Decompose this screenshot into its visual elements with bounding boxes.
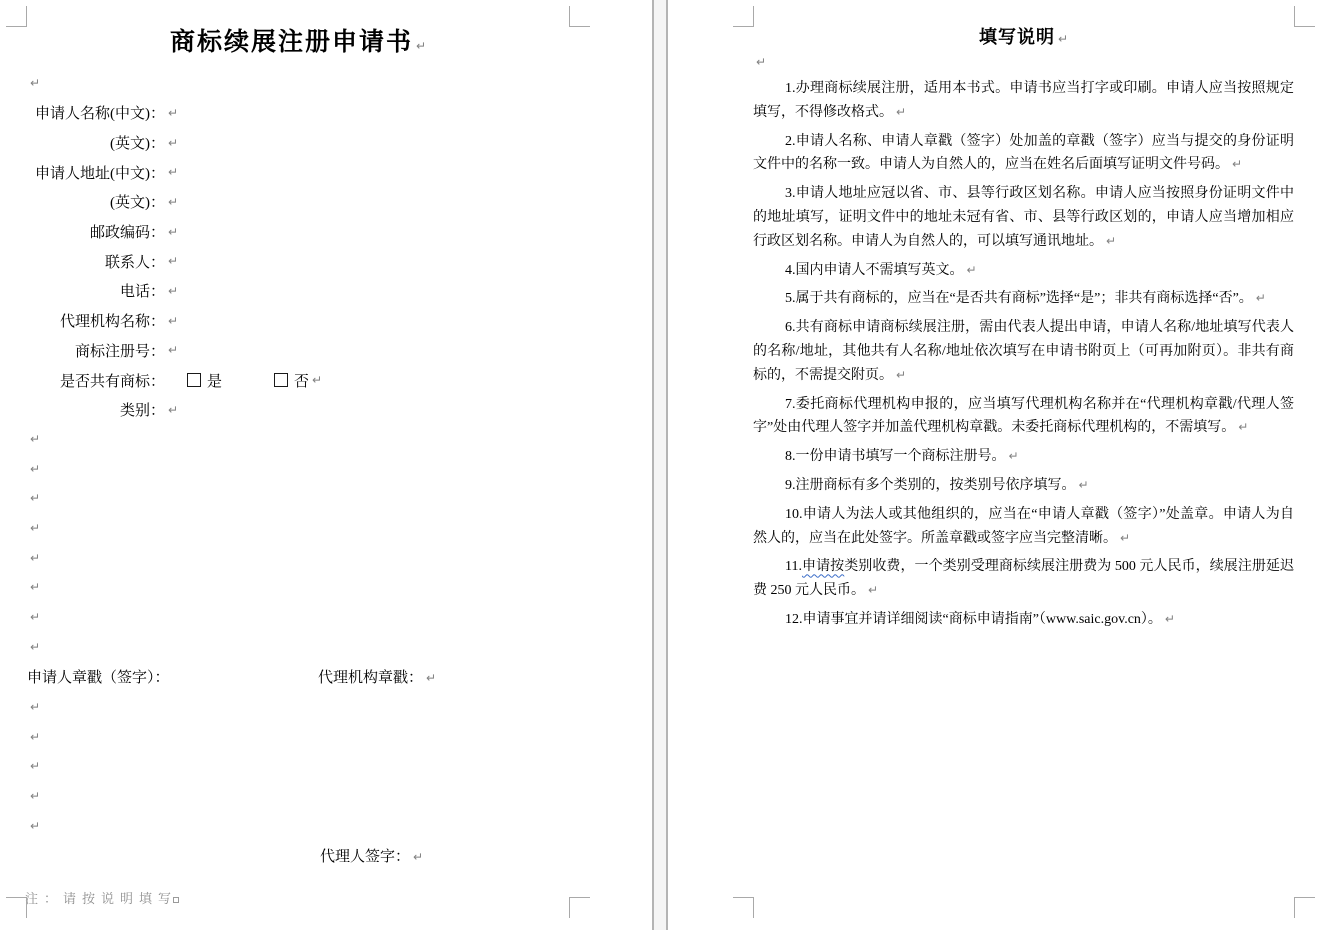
pilcrow-mark: ↵ xyxy=(30,432,40,446)
form-row-contact-person: 联系人：↵ xyxy=(27,246,569,276)
instruction-paragraph-1: 1.办理商标续展注册，适用本书式。申请书应当打字或印刷。申请人应当按照规定填写，… xyxy=(753,77,1294,125)
pilcrow-mark: ↵ xyxy=(1106,234,1116,248)
pilcrow-mark: ↵ xyxy=(416,39,426,53)
pilcrow-mark: ↵ xyxy=(312,373,322,387)
pilcrow-mark: ↵ xyxy=(1232,157,1242,171)
instruction-text: 2.申请人名称、申请人章戳（签字）处加盖的章戳（签字）应当与提交的身份证明文件中… xyxy=(753,134,1294,173)
instruction-text: 3.申请人地址应冠以省、市、县等行政区划名称。申请人应当按照身份证明文件中的地址… xyxy=(753,186,1294,249)
instructions-content: 填写说明↵ ↵ 1.办理商标续展注册，适用本书式。申请书应当打字或印刷。申请人应… xyxy=(753,22,1294,632)
instruction-paragraph-7: 7.委托商标代理机构申报的，应当填写代理机构名称并在“代理机构章戳/代理人签字”… xyxy=(753,393,1294,441)
crop-mark-left-page-top-right xyxy=(569,6,590,27)
checkbox-yes-label: 是 xyxy=(207,370,222,391)
footer-note: 注：请按说明填写 xyxy=(25,888,179,907)
form-title: 商标续展注册申请书↵ xyxy=(27,22,569,58)
field-label: 联系人： xyxy=(27,251,165,272)
agency-stamp-label: 代理机构章戳：↵ xyxy=(318,663,436,693)
agent-signature-label: 代理人签字： xyxy=(320,849,410,865)
pilcrow-mark: ↵ xyxy=(1120,531,1130,545)
empty-paragraph: ↵ xyxy=(27,455,40,485)
applicant-stamp-label: 申请人章戳（签字）： xyxy=(27,663,170,693)
field-label: 商标注册号： xyxy=(27,340,165,361)
pilcrow-mark: ↵ xyxy=(896,105,906,119)
pilcrow-mark: ↵ xyxy=(168,343,178,357)
empty-paragraph: ↵ xyxy=(753,52,1294,72)
pilcrow-mark: ↵ xyxy=(168,165,178,179)
instruction-text: 11.申请按类别收费，一个类别受理商标续展注册费为 500 元人民币，续展注册延… xyxy=(753,559,1294,598)
pilcrow-mark: ↵ xyxy=(30,491,40,505)
instructions-page: 填写说明↵ ↵ 1.办理商标续展注册，适用本书式。申请书应当打字或印刷。申请人应… xyxy=(668,0,1323,930)
pilcrow-mark: ↵ xyxy=(168,314,178,328)
crop-mark-right-page-top-right xyxy=(1294,6,1315,27)
pilcrow-mark: ↵ xyxy=(1009,449,1019,463)
pilcrow-mark: ↵ xyxy=(1058,32,1068,46)
pilcrow-mark: ↵ xyxy=(30,789,40,803)
form-row-telephone: 电话：↵ xyxy=(27,276,569,306)
empty-paragraph: ↵ xyxy=(27,633,40,663)
empty-paragraph: ↵ xyxy=(27,514,40,544)
form-row-applicant-name-en: (英文)：↵ xyxy=(27,128,569,158)
instruction-text: 4.国内申请人不需填写英文。 xyxy=(785,263,964,278)
pilcrow-mark: ↵ xyxy=(1238,420,1248,434)
pilcrow-mark: ↵ xyxy=(1256,291,1266,305)
form-row-trademark-reg-number: 商标注册号：↵ xyxy=(27,336,569,366)
field-label: 电话： xyxy=(27,280,165,301)
instruction-text: 10.申请人为法人或其他组织的，应当在“申请人章戳（签字）”处盖章。申请人为自然… xyxy=(753,507,1294,546)
checkbox-no-label: 否 xyxy=(294,370,309,391)
instructions-title-text: 填写说明 xyxy=(979,27,1055,47)
field-label: 类别： xyxy=(27,399,165,420)
footer-note-text: 注：请按说明填写 xyxy=(25,891,177,906)
empty-paragraph: ↵ xyxy=(27,752,40,782)
form-fields: 申请人名称(中文)：↵ (英文)：↵ 申请人地址(中文)：↵ (英文)：↵ 邮政… xyxy=(27,98,569,425)
pilcrow-mark: ↵ xyxy=(168,254,178,268)
agent-signature-row: 代理人签字：↵ xyxy=(320,842,423,872)
grammar-check-underline: 申请按 xyxy=(802,559,844,574)
instruction-paragraph-5: 5.属于共有商标的，应当在“是否共有商标”选择“是”；非共有商标选择“否”。↵ xyxy=(753,287,1294,311)
pilcrow-mark: ↵ xyxy=(168,106,178,120)
form-row-agency-name: 代理机构名称：↵ xyxy=(27,306,569,336)
empty-paragraph: ↵ xyxy=(27,544,40,574)
form-row-applicant-address-cn: 申请人地址(中文)：↵ xyxy=(27,157,569,187)
checkbox-yes[interactable] xyxy=(187,373,201,387)
empty-paragraph: ↵ xyxy=(27,812,40,842)
crop-mark-left-page-bottom-left xyxy=(6,897,27,918)
field-label: 代理机构名称： xyxy=(27,310,165,331)
pilcrow-mark: ↵ xyxy=(30,730,40,744)
instruction-text: 12.申请事宜并请详细阅读“商标申请指南”（www.saic.gov.cn）。 xyxy=(785,612,1162,627)
instruction-text: 1.办理商标续展注册，适用本书式。申请书应当打字或印刷。申请人应当按照规定填写，… xyxy=(753,81,1294,120)
empty-paragraph-block: ↵ ↵ ↵ ↵ ↵ ↵ ↵ ↵ xyxy=(27,425,40,663)
instruction-paragraph-10: 10.申请人为法人或其他组织的，应当在“申请人章戳（签字）”处盖章。申请人为自然… xyxy=(753,503,1294,551)
instruction-paragraph-12: 12.申请事宜并请详细阅读“商标申请指南”（www.saic.gov.cn）。↵ xyxy=(753,608,1294,632)
crop-mark-left-page-top-left xyxy=(6,6,27,27)
empty-paragraph-block: ↵ ↵ ↵ ↵ ↵ xyxy=(27,693,40,841)
pilcrow-mark: ↵ xyxy=(896,368,906,382)
instruction-text: 5.属于共有商标的，应当在“是否共有商标”选择“是”；非共有商标选择“否”。 xyxy=(785,291,1253,306)
instruction-paragraph-11: 11.申请按类别收费，一个类别受理商标续展注册费为 500 元人民币，续展注册延… xyxy=(753,555,1294,603)
field-label: 申请人地址(中文)： xyxy=(27,162,165,183)
pilcrow-mark: ↵ xyxy=(30,819,40,833)
form-row-applicant-address-en: (英文)：↵ xyxy=(27,187,569,217)
pilcrow-mark: ↵ xyxy=(30,521,40,535)
stamp-row: 申请人章戳（签字）： 代理机构章戳：↵ xyxy=(27,663,569,693)
pilcrow-mark: ↵ xyxy=(413,850,423,864)
empty-paragraph: ↵ xyxy=(27,603,40,633)
instruction-paragraph-9: 9.注册商标有多个类别的，按类别号依序填写。↵ xyxy=(753,474,1294,498)
form-row-class: 类别：↵ xyxy=(27,395,569,425)
empty-paragraph: ↵ xyxy=(27,72,40,94)
pilcrow-mark: ↵ xyxy=(1079,478,1089,492)
form-row-applicant-name-cn: 申请人名称(中文)：↵ xyxy=(27,98,569,128)
pilcrow-mark: ↵ xyxy=(168,195,178,209)
instruction-paragraph-3: 3.申请人地址应冠以省、市、县等行政区划名称。申请人应当按照身份证明文件中的地址… xyxy=(753,182,1294,253)
crop-mark-right-page-bottom-left xyxy=(733,897,754,918)
empty-paragraph: ↵ xyxy=(27,425,40,455)
instruction-paragraph-6: 6.共有商标申请商标续展注册，需由代表人提出申请，申请人名称/地址填写代表人的名… xyxy=(753,316,1294,387)
empty-paragraph: ↵ xyxy=(27,484,40,514)
crop-mark-left-page-bottom-right xyxy=(569,897,590,918)
pilcrow-mark: ↵ xyxy=(168,225,178,239)
instructions-title: 填写说明↵ xyxy=(753,22,1294,52)
pilcrow-mark: ↵ xyxy=(30,640,40,654)
pilcrow-mark: ↵ xyxy=(967,263,977,277)
page-gap xyxy=(652,0,668,930)
form-row-shared-trademark: 是否共有商标：是否↵ xyxy=(27,365,569,395)
pilcrow-mark: ↵ xyxy=(30,759,40,773)
field-label: 邮政编码： xyxy=(27,221,165,242)
instruction-text: 6.共有商标申请商标续展注册，需由代表人提出申请，申请人名称/地址填写代表人的名… xyxy=(753,320,1294,383)
end-mark xyxy=(173,897,179,903)
application-form-page: 商标续展注册申请书↵ ↵ 申请人名称(中文)：↵ (英文)：↵ 申请人地址(中文… xyxy=(0,0,652,930)
pilcrow-mark: ↵ xyxy=(30,610,40,624)
pilcrow-mark: ↵ xyxy=(168,284,178,298)
form-row-postal-code: 邮政编码：↵ xyxy=(27,217,569,247)
pilcrow-mark: ↵ xyxy=(30,700,40,714)
pilcrow-mark: ↵ xyxy=(1165,612,1175,626)
pilcrow-mark: ↵ xyxy=(756,55,766,69)
instruction-paragraph-8: 8.一份申请书填写一个商标注册号。↵ xyxy=(753,445,1294,469)
empty-paragraph: ↵ xyxy=(27,693,40,723)
field-label: (英文)： xyxy=(27,191,165,212)
form-title-text: 商标续展注册申请书 xyxy=(170,29,413,56)
agency-stamp-label-text: 代理机构章戳： xyxy=(318,670,423,686)
pilcrow-mark: ↵ xyxy=(30,462,40,476)
pilcrow-mark: ↵ xyxy=(30,76,40,90)
field-label: 申请人名称(中文)： xyxy=(27,102,165,123)
instruction-text: 7.委托商标代理机构申报的，应当填写代理机构名称并在“代理机构章戳/代理人签字”… xyxy=(753,397,1294,436)
pilcrow-mark: ↵ xyxy=(168,136,178,150)
instruction-text: 9.注册商标有多个类别的，按类别号依序填写。 xyxy=(785,478,1076,493)
empty-paragraph: ↵ xyxy=(27,723,40,753)
empty-paragraph: ↵ xyxy=(27,573,40,603)
crop-mark-right-page-top-left xyxy=(733,6,754,27)
instruction-paragraph-4: 4.国内申请人不需填写英文。↵ xyxy=(753,259,1294,283)
field-label: 是否共有商标： xyxy=(27,370,165,391)
instruction-text: 8.一份申请书填写一个商标注册号。 xyxy=(785,449,1006,464)
empty-paragraph: ↵ xyxy=(27,782,40,812)
instruction-paragraph-2: 2.申请人名称、申请人章戳（签字）处加盖的章戳（签字）应当与提交的身份证明文件中… xyxy=(753,130,1294,178)
pilcrow-mark: ↵ xyxy=(30,551,40,565)
pilcrow-mark: ↵ xyxy=(868,583,878,597)
pilcrow-mark: ↵ xyxy=(168,403,178,417)
pilcrow-mark: ↵ xyxy=(30,580,40,594)
crop-mark-right-page-bottom-right xyxy=(1294,897,1315,918)
pilcrow-mark: ↵ xyxy=(426,671,436,685)
checkbox-no[interactable] xyxy=(274,373,288,387)
field-label: (英文)： xyxy=(27,132,165,153)
